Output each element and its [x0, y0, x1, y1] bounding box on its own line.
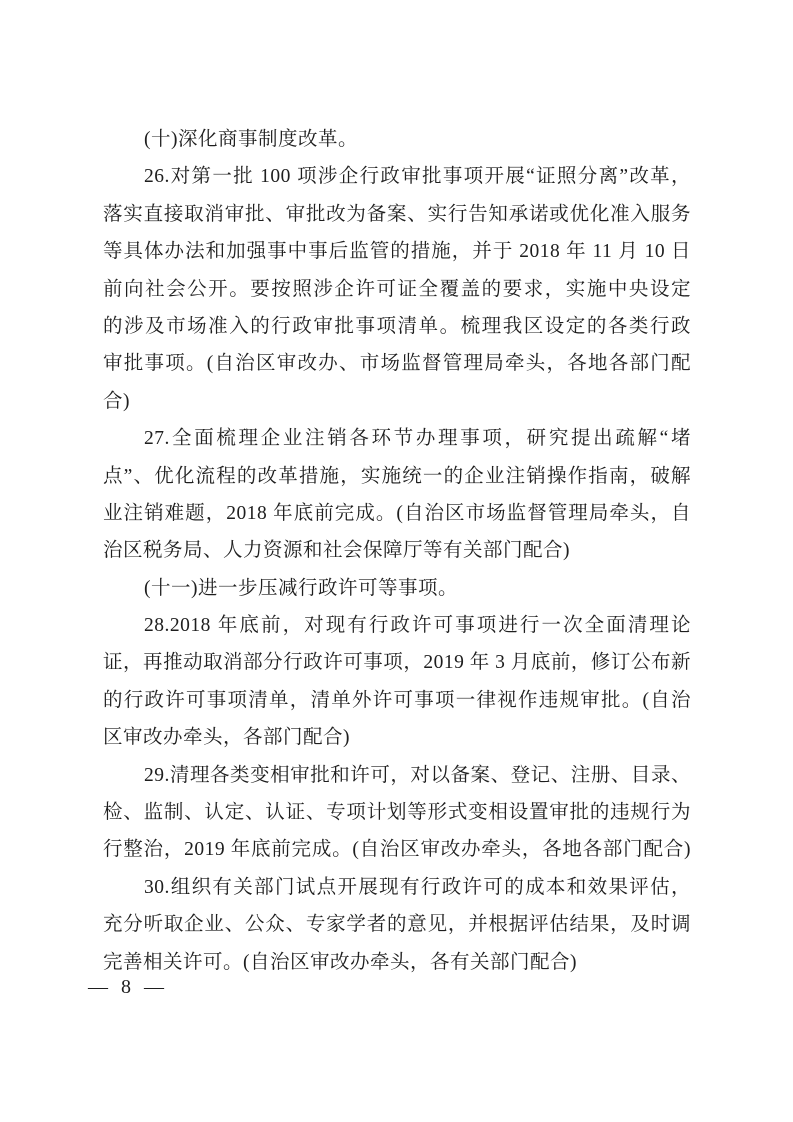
text-line: 合): [103, 383, 691, 420]
document-body: (十)深化商事制度改革。26.对第一批 100 项涉企行政审批事项开展“证照分离…: [103, 121, 691, 981]
text-line: 的行政许可事项清单，清单外许可事项一律视作违规审批。(自治: [103, 682, 691, 719]
text-line: 区审改办牵头，各部门配合): [103, 719, 691, 756]
text-line: 治区税务局、人力资源和社会保障厅等有关部门配合): [103, 532, 691, 569]
text-line: 30.组织有关部门试点开展现有行政许可的成本和效果评估，: [103, 869, 691, 906]
text-line: 等具体办法和加强事中事后监管的措施，并于 2018 年 11 月 10 日: [103, 233, 691, 270]
text-line: 行整治，2019 年底前完成。(自治区审改办牵头，各地各部门配合): [103, 831, 691, 868]
page-number: — 8 —: [88, 974, 165, 1000]
text-line: 的涉及市场准入的行政审批事项清单。梳理我区设定的各类行政: [103, 308, 691, 345]
text-line: 业注销难题，2018 年底前完成。(自治区市场监督管理局牵头，自: [103, 495, 691, 532]
text-line: 充分听取企业、公众、专家学者的意见，并根据评估结果，及时调整: [103, 906, 691, 943]
text-line: 证，再推动取消部分行政许可事项，2019 年 3 月底前，修订公布新: [103, 644, 691, 681]
text-line: 检、监制、认定、认证、专项计划等形式变相设置审批的违规行为进: [103, 794, 691, 831]
text-line: 审批事项。(自治区审改办、市场监督管理局牵头，各地各部门配: [103, 345, 691, 382]
text-line: 前向社会公开。要按照涉企许可证全覆盖的要求，实施中央设定: [103, 271, 691, 308]
text-line: (十一)进一步压减行政许可等事项。: [103, 570, 691, 607]
text-line: 27.全面梳理企业注销各环节办理事项，研究提出疏解“堵: [103, 420, 691, 457]
text-line: 29.清理各类变相审批和许可，对以备案、登记、注册、目录、年: [103, 757, 691, 794]
text-line: 28.2018 年底前，对现有行政许可事项进行一次全面清理论: [103, 607, 691, 644]
text-line: 完善相关许可。(自治区审改办牵头，各有关部门配合): [103, 944, 691, 981]
text-line: 点”、优化流程的改革措施，实施统一的企业注销操作指南，破解企: [103, 458, 691, 495]
text-line: 26.对第一批 100 项涉企行政审批事项开展“证照分离”改革，: [103, 158, 691, 195]
text-line: 落实直接取消审批、审批改为备案、实行告知承诺或优化准入服务: [103, 196, 691, 233]
text-line: (十)深化商事制度改革。: [103, 121, 691, 158]
document-page: (十)深化商事制度改革。26.对第一批 100 项涉企行政审批事项开展“证照分离…: [0, 0, 793, 1122]
